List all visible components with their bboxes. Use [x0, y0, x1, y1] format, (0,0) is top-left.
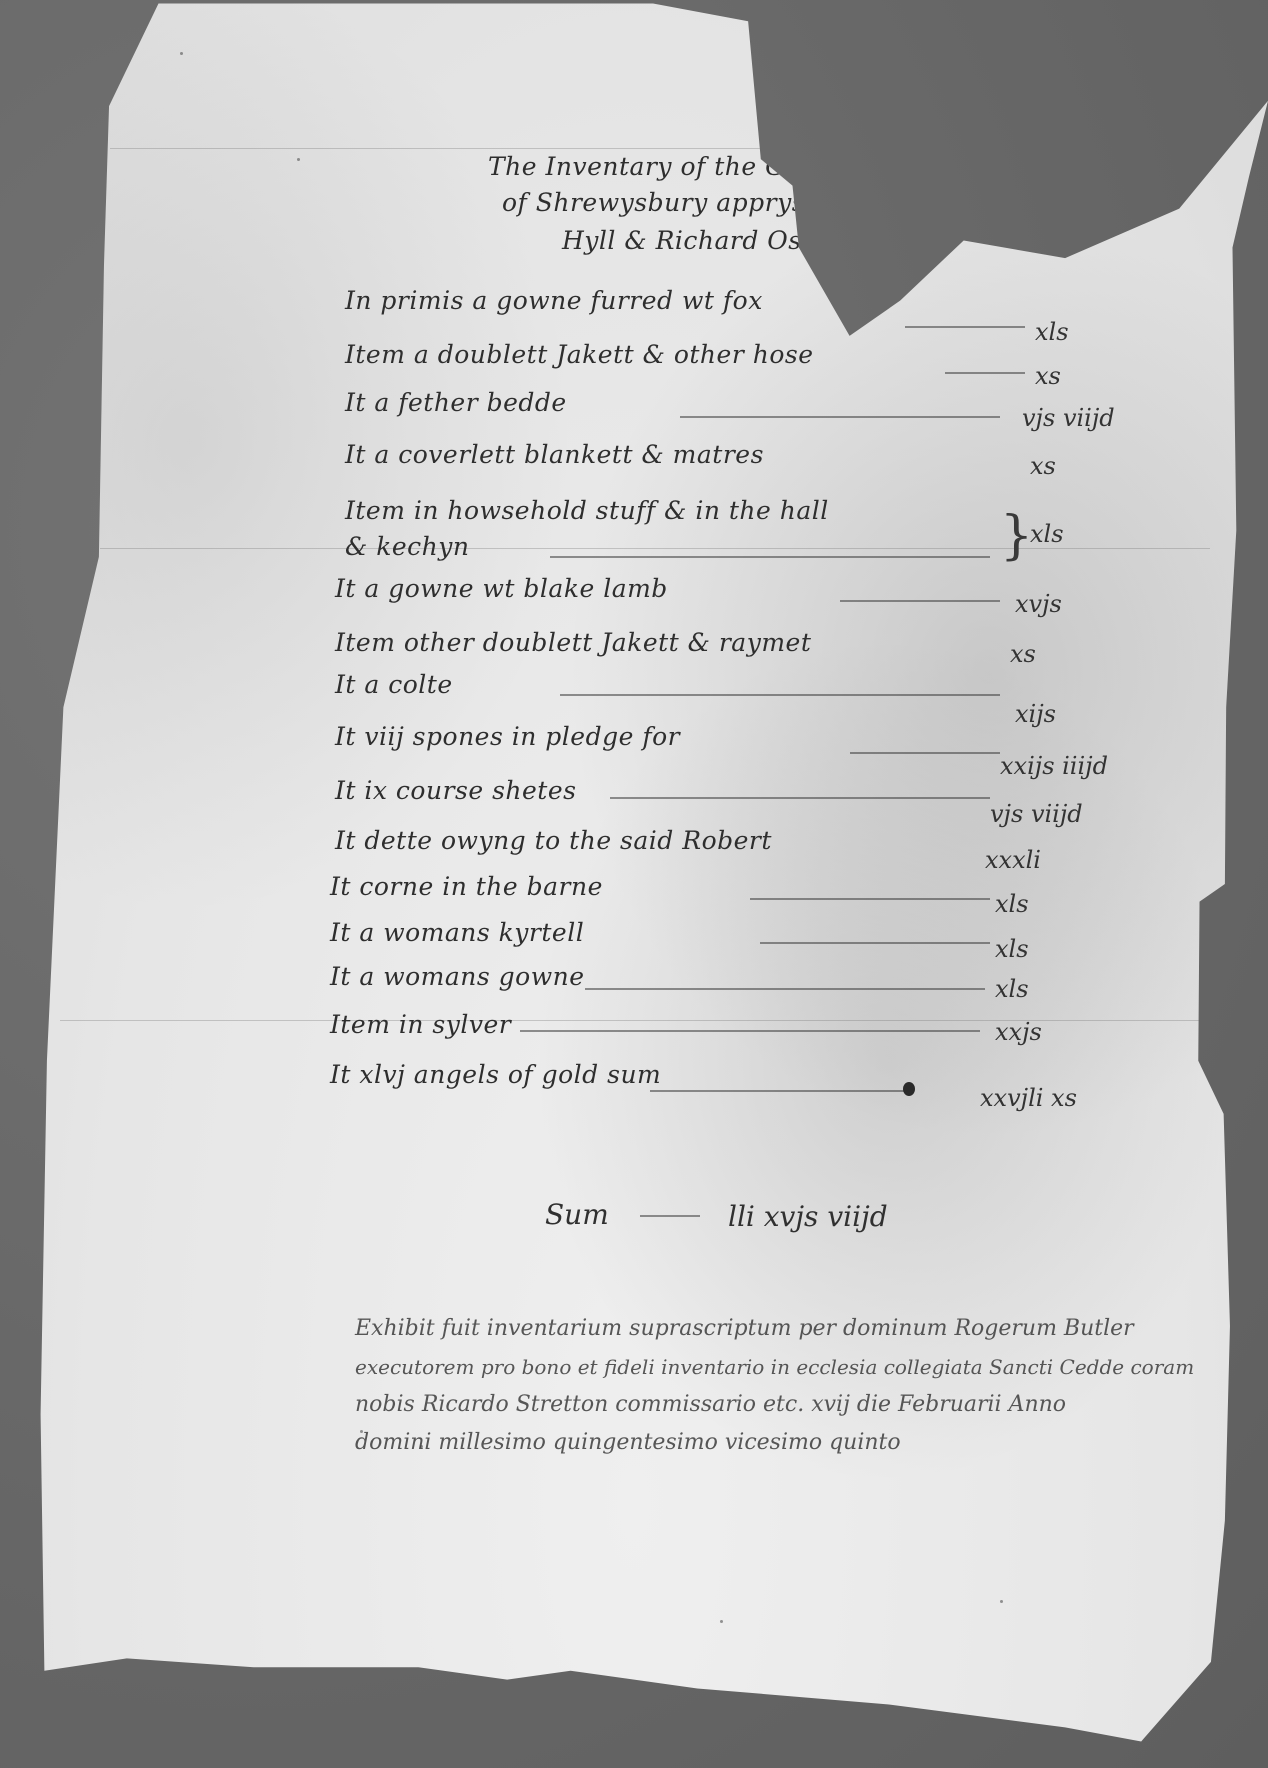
leader-line — [760, 942, 990, 944]
attestation-line: Exhibit fuit inventarium suprascriptum p… — [355, 1310, 1134, 1348]
leader-line — [945, 372, 1025, 374]
item-value: xxijs iiijd — [1000, 752, 1108, 780]
inventory-item: It corne in the barne — [330, 872, 603, 901]
inventory-item: It viij spones in pledge for — [335, 722, 680, 751]
inventory-item: Item other doublett Jakett & raymet — [335, 628, 811, 657]
item-value: xxjs — [995, 1018, 1042, 1046]
inventory-item: Item in howsehold stuff & in the hall — [345, 496, 829, 525]
item-value: xls — [1030, 520, 1064, 548]
inventory-item: It ix course shetes — [335, 776, 576, 805]
paper-speck — [720, 1620, 723, 1623]
item-value: xijs — [1015, 700, 1056, 728]
item-value: vjs viijd — [990, 800, 1083, 828]
item-value: xvjs — [1015, 590, 1062, 618]
item-value: xxxli — [985, 846, 1041, 874]
paper-speck — [297, 158, 300, 161]
leader-line — [560, 694, 1000, 696]
inventory-item: It xlvj angels of gold sum — [330, 1060, 661, 1089]
attestation-line: domini millesimo quingentesimo vicesimo … — [355, 1424, 901, 1462]
total-leader — [640, 1215, 700, 1217]
total-label: Sum — [545, 1198, 609, 1231]
inventory-item: In primis a gowne furred wt fox — [345, 286, 763, 315]
inventory-item: It a colte — [335, 670, 453, 699]
bracket-glyph: } — [1000, 510, 1033, 562]
item-value: xs — [1035, 362, 1061, 390]
leader-line — [585, 988, 985, 990]
item-value: xxvjli xs — [980, 1084, 1077, 1112]
item-value: xs — [1030, 452, 1056, 480]
item-value: xls — [1035, 318, 1069, 346]
manuscript-page: The Inventary of the Goods of Robert Hyl… — [0, 0, 1268, 1768]
leader-line — [750, 898, 990, 900]
leader-line — [520, 1030, 980, 1032]
inventory-item: & kechyn — [345, 532, 469, 561]
inventory-item: It a fether bedde — [345, 388, 567, 417]
paper-speck — [1000, 1600, 1003, 1603]
total-amount: lli xvjs viijd — [728, 1200, 888, 1233]
item-value: vjs viijd — [1022, 404, 1115, 432]
ink-blot — [903, 1082, 915, 1096]
attestation-line: nobis Ricardo Stretton commissario etc. … — [355, 1386, 1066, 1424]
leader-line — [610, 797, 990, 799]
item-value: xls — [995, 975, 1029, 1003]
leader-line — [840, 600, 1000, 602]
item-value: xls — [995, 890, 1029, 918]
attestation-line: executorem pro bono et fideli inventario… — [355, 1348, 1194, 1386]
leader-line — [680, 416, 1000, 418]
inventory-item: It a womans kyrtell — [330, 918, 584, 947]
inventory-item: Item in sylver — [330, 1010, 511, 1039]
item-value: xls — [995, 935, 1029, 963]
inventory-item: It a gowne wt blake lamb — [335, 574, 668, 603]
leader-line — [905, 326, 1025, 328]
leader-line — [850, 752, 1000, 754]
inventory-item: Item a doublett Jakett & other hose — [345, 340, 814, 369]
inventory-item: It dette owyng to the said Robert — [335, 826, 772, 855]
inventory-item: It a coverlett blankett & matres — [345, 440, 764, 469]
leader-line — [550, 556, 990, 558]
leader-line — [650, 1090, 910, 1092]
inventory-item: It a womans gowne — [330, 962, 585, 991]
item-value: xs — [1010, 640, 1036, 668]
paper-speck — [180, 52, 183, 55]
fold-crease — [100, 548, 1210, 549]
